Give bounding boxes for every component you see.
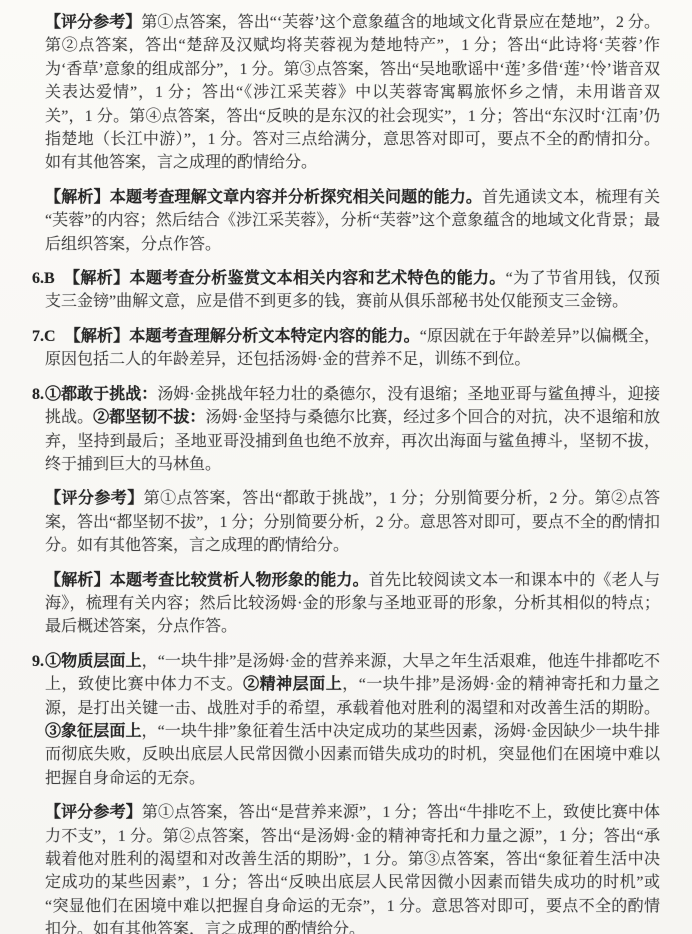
answer-key-document: 【评分参考】第①点答案，答出“‘芙蓉’这个意象蕴含的地域文化背景应在楚地”，2 …	[45, 11, 660, 934]
bold-heading-run: 【评分参考】	[45, 14, 141, 31]
q8-answer: 8.①都敢于挑战：汤姆·金挑战年轻力壮的桑德尔，没有退缩；圣地亚哥与鲨鱼搏斗，迎…	[45, 383, 660, 477]
bold-heading-run: 【解析】本题考查理解分析文本特定内容的能力。	[65, 328, 420, 345]
bold-heading-run: 【解析】本题考查分析鉴赏文本相关内容和艺术特色的能力。	[64, 270, 506, 287]
bold-heading-run: ②都坚韧不拔：	[93, 409, 205, 426]
text-run: 第①点答案，答出“‘芙蓉’这个意象蕴含的地域文化背景应在楚地”，2 分。第②点答…	[45, 14, 660, 171]
question-number: 8.	[32, 386, 44, 403]
q7-answer-analysis: 7.C 【解析】本题考查理解分析文本特定内容的能力。“原因就在于年龄差异”以偏概…	[45, 325, 660, 372]
bold-heading-run: 【解析】本题考查比较赏析人物形象的能力。	[45, 572, 369, 589]
bold-heading-run: ①都敢于挑战：	[45, 386, 157, 403]
scanned-page: 【评分参考】第①点答案，答出“‘芙蓉’这个意象蕴含的地域文化背景应在楚地”，2 …	[0, 0, 692, 934]
bold-heading-run: ②精神层面上	[243, 676, 342, 693]
bold-heading-run: 【解析】本题考查理解文章内容并分析探究相关问题的能力。	[45, 189, 482, 206]
question-number: 7.C	[32, 328, 64, 345]
bold-heading-run: 【评分参考】	[45, 490, 144, 507]
bold-heading-run: ①物质层面上	[45, 653, 142, 670]
text-run: 第①点答案，答出“是营养来源”，1 分；答出“牛排吃不上，致使比赛中体力不支”，…	[45, 804, 660, 934]
q9-scoring-reference: 【评分参考】第①点答案，答出“是营养来源”，1 分；答出“牛排吃不上，致使比赛中…	[45, 801, 660, 934]
q5-scoring-reference: 【评分参考】第①点答案，答出“‘芙蓉’这个意象蕴含的地域文化背景应在楚地”，2 …	[45, 11, 660, 175]
q5-analysis: 【解析】本题考查理解文章内容并分析探究相关问题的能力。首先通读文本，梳理有关“芙…	[45, 186, 660, 256]
bold-heading-run: ③象征层面上	[45, 723, 142, 740]
bold-heading-run: 【评分参考】	[45, 804, 142, 821]
q8-analysis: 【解析】本题考查比较赏析人物形象的能力。首先比较阅读文本一和课本中的《老人与海》…	[45, 569, 660, 639]
q9-answer: 9.①物质层面上，“一块牛排”是汤姆·金的营养来源，大旱之年生活艰难，他连牛排都…	[45, 650, 660, 790]
question-number: 9.	[32, 653, 44, 670]
question-number: 6.B	[32, 270, 63, 287]
q6-answer-analysis: 6.B 【解析】本题考查分析鉴赏文本相关内容和艺术特色的能力。“为了节省用钱，仅…	[45, 267, 660, 314]
q8-scoring-reference: 【评分参考】第①点答案，答出“都敢于挑战”，1 分；分别简要分析，2 分。第②点…	[45, 487, 660, 557]
